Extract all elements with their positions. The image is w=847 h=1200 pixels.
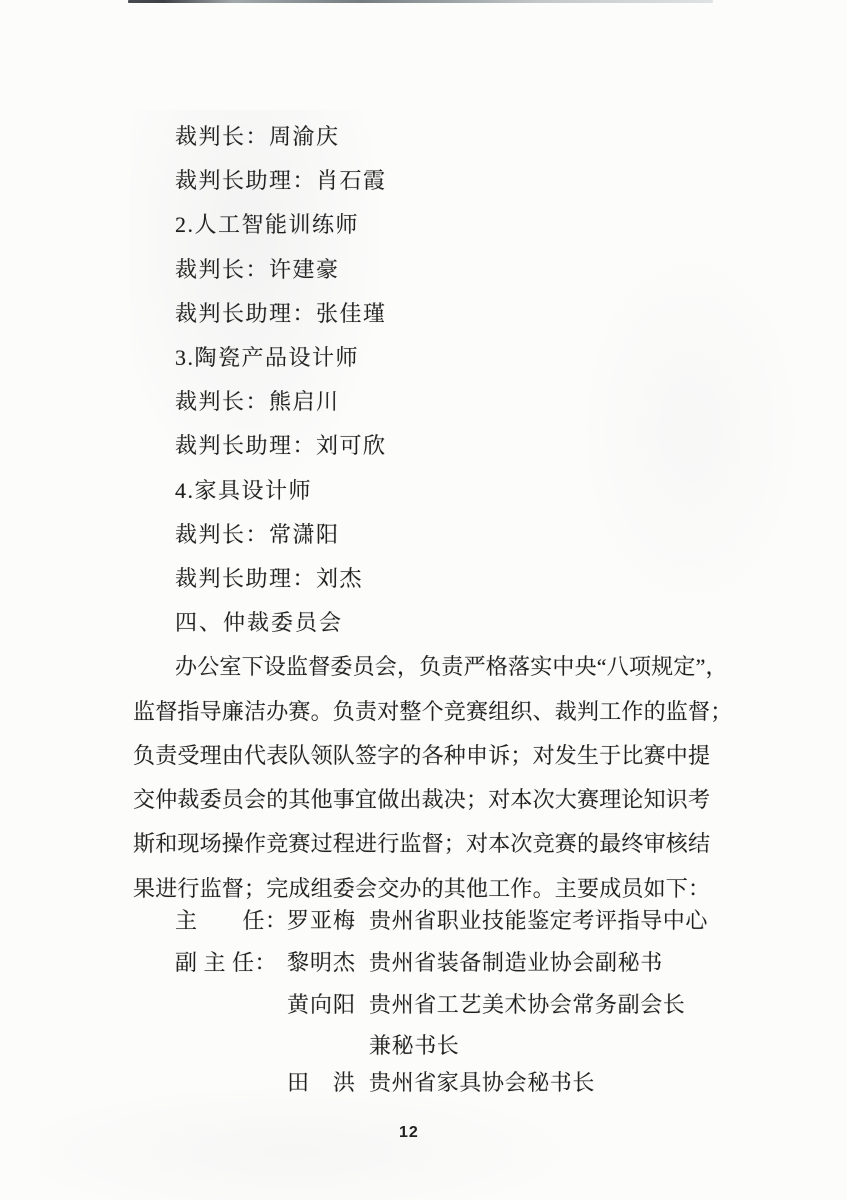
judge-line: 裁判长：熊启川 <box>175 387 340 417</box>
member-organization: 贵州省职业技能鉴定考评指导中心 <box>369 906 708 936</box>
member-role <box>175 1068 287 1098</box>
judge-assistant-line: 裁判长助理：肖石霞 <box>175 166 387 196</box>
member-role: 主 任： <box>175 906 287 936</box>
member-name: 黄向阳 <box>287 990 369 1020</box>
judge-assistant-line: 裁判长助理：刘杰 <box>175 564 363 594</box>
scan-smudge <box>40 1080 600 1200</box>
paragraph-line: 果进行监督；完成组委会交办的其他工作。主要成员如下： <box>133 874 710 904</box>
event-heading: 4.家具设计师 <box>175 476 312 506</box>
judge-line: 裁判长：许建豪 <box>175 255 340 285</box>
judge-assistant-line: 裁判长助理：刘可欣 <box>175 431 387 461</box>
judge-line: 裁判长：常潇阳 <box>175 520 340 550</box>
member-name: 田 洪 <box>287 1068 369 1098</box>
scanned-document-page: 裁判长：周渝庆 裁判长助理：肖石霞 2.人工智能训练师 裁判长：许建豪 裁判长助… <box>0 0 847 1200</box>
member-name: 罗亚梅 <box>287 906 369 936</box>
event-heading: 3.陶瓷产品设计师 <box>175 343 359 373</box>
member-row: 兼秘书长 <box>175 1031 459 1061</box>
page-number: 12 <box>399 1124 419 1142</box>
paragraph-line: 斯和现场操作竞赛过程进行监督；对本次竞赛的最终审核结 <box>133 829 710 859</box>
scan-artifact-top-edge <box>128 0 713 3</box>
member-organization: 贵州省家具协会秘书长 <box>369 1068 595 1098</box>
member-role <box>175 1031 287 1061</box>
paragraph-line: 交仲裁委员会的其他事宜做出裁决；对本次大赛理论知识考 <box>133 785 710 815</box>
member-row: 黄向阳 贵州省工艺美术协会常务副会长 <box>175 990 685 1020</box>
paragraph-line: 监督指导廉洁办赛。负责对整个竞赛组织、裁判工作的监督； <box>133 697 732 727</box>
member-name <box>287 1031 369 1061</box>
member-role: 副 主 任： <box>175 948 287 978</box>
member-organization: 贵州省工艺美术协会常务副会长 <box>369 990 685 1020</box>
judge-line: 裁判长：周渝庆 <box>175 122 340 152</box>
section-heading: 四、仲裁委员会 <box>175 608 343 638</box>
member-name: 黎明杰 <box>287 948 369 978</box>
scan-smudge <box>560 220 820 640</box>
paragraph-line: 负责受理由代表队领队签字的各种申诉；对发生于比赛中提 <box>133 741 710 771</box>
judge-assistant-line: 裁判长助理：张佳瑾 <box>175 299 387 329</box>
member-organization: 贵州省装备制造业协会副秘书 <box>369 948 663 978</box>
member-row: 主 任： 罗亚梅 贵州省职业技能鉴定考评指导中心 <box>175 906 708 936</box>
member-row: 副 主 任： 黎明杰 贵州省装备制造业协会副秘书 <box>175 948 663 978</box>
paragraph-line: 办公室下设监督委员会，负责严格落实中央“八项规定”， <box>175 652 728 682</box>
member-row: 田 洪 贵州省家具协会秘书长 <box>175 1068 595 1098</box>
event-heading: 2.人工智能训练师 <box>175 210 359 240</box>
member-role <box>175 990 287 1020</box>
member-organization: 兼秘书长 <box>369 1031 459 1061</box>
